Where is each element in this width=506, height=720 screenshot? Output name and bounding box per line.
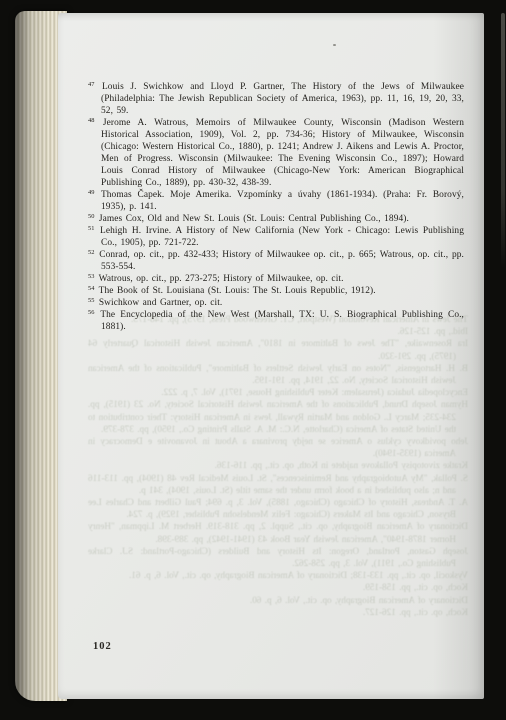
bleedthrough-line: Jeho povidkovy cyklus o Americe se nejdy… — [88, 435, 468, 459]
bleedthrough-line: Encyclopedia Judaica (Jerusalem: Keter P… — [88, 386, 468, 398]
adjacent-page-edge — [501, 13, 505, 268]
footnote-text: Jerome A. Watrous, Memoirs of Milwaukee … — [95, 118, 464, 188]
bleedthrough-line: Joseph Gaston, Portland, Oregon: Its His… — [88, 545, 468, 569]
footnote-50: 50 James Cox, Old and New St. Louis (St.… — [88, 213, 464, 225]
bleedthrough-line: A. T. Andreas, History of Chicago (Chica… — [88, 496, 468, 520]
bleedthrough-line: Ira Rosenwaike, "The Jews of Baltimore i… — [88, 337, 468, 361]
footnote-number: 49 — [88, 189, 94, 196]
footnote-number: 56 — [88, 309, 94, 316]
book-page: The Jews in American Revolution (Westpor… — [58, 13, 484, 699]
footnote-number: 51 — [88, 225, 94, 232]
footnote-number: 48 — [88, 117, 94, 124]
footnote-53: 53 Watrous, op. cit., pp. 273-275; Histo… — [88, 273, 464, 285]
footnote-text: Thomas Čapek. Moje Amerika. Vzpomínky a … — [95, 190, 464, 212]
footnote-number: 52 — [88, 249, 94, 256]
footnote-number: 54 — [88, 285, 94, 292]
footnote-text: The Book of St. Louisiana (St. Louis: Th… — [95, 286, 375, 296]
footnote-48: 48 Jerome A. Watrous, Memoirs of Milwauk… — [88, 117, 464, 189]
footnote-51: 51 Lehigh H. Irvine. A History of New Ca… — [88, 225, 464, 249]
footnote-text: Swichkow and Gartner, op. cit. — [95, 298, 222, 308]
footnote-text: Louis J. Swichkow and Lloyd P. Gartner, … — [95, 82, 464, 116]
footnote-number: 55 — [88, 297, 94, 304]
footnote-text: Watrous, op. cit., pp. 273-275; History … — [95, 274, 343, 284]
footnote-52: 52 Conrad, op. cit., pp. 432-433; Histor… — [88, 249, 464, 273]
footnote-text: The Encyclopedia of the New West (Marsha… — [95, 310, 464, 332]
footnote-number: 47 — [88, 81, 94, 88]
bleedthrough-line: S. Pollak, "My Autobiography and Reminis… — [88, 472, 468, 496]
bleedthrough-line: Koch, op. cit., pp. 158-159. — [88, 581, 468, 593]
bleedthrough-line: Vyskocil, op. cit., pp. 133-138; Diction… — [88, 569, 468, 581]
footnote-text: Conrad, op. cit., pp. 432-433; History o… — [95, 250, 464, 272]
footnote-number: 53 — [88, 273, 94, 280]
scan-speck — [333, 44, 336, 46]
footnote-text: James Cox, Old and New St. Louis (St. Lo… — [95, 214, 409, 224]
bleedthrough-line: Kratke zivotopisy Pollakove najdete in K… — [88, 459, 468, 471]
bleedthrough-line: Dictionary of American Biography, op. ci… — [88, 520, 468, 544]
page-number: 102 — [93, 641, 112, 652]
footnote-55: 55 Swichkow and Gartner, op. cit. — [88, 297, 464, 309]
footnote-47: 47 Louis J. Swichkow and Lloyd P. Gartne… — [88, 81, 464, 117]
footnote-text: Lehigh H. Irvine. A History of New Calif… — [95, 226, 464, 248]
bleedthrough-text: The Jews in American Revolution (Westpor… — [88, 313, 468, 618]
footnotes-list: 47 Louis J. Swichkow and Lloyd P. Gartne… — [88, 81, 464, 333]
footnote-56: 56 The Encyclopedia of the New West (Mar… — [88, 309, 464, 333]
footnote-number: 50 — [88, 213, 94, 220]
bleedthrough-line: Dictionary of American Biography, op. ci… — [88, 594, 468, 606]
footnote-49: 49 Thomas Čapek. Moje Amerika. Vzpomínky… — [88, 189, 464, 213]
bleedthrough-line: Hyman Joseph Drund, Publications of the … — [88, 398, 468, 435]
footnote-54: 54 The Book of St. Louisiana (St. Louis:… — [88, 285, 464, 297]
bleedthrough-line: B. H. Hartogensis, "Notes on Early Jewis… — [88, 362, 468, 386]
book-scan-scene: The Jews in American Revolution (Westpor… — [0, 0, 506, 720]
bleedthrough-line: Koch, op. cit., pp. 126-127. — [88, 606, 468, 618]
